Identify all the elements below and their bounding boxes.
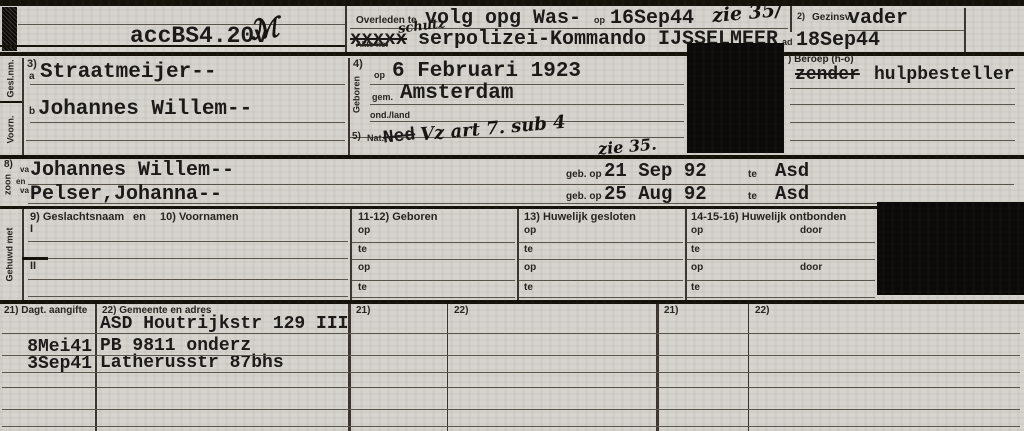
voorn-side-label: Voorn. (7, 100, 16, 160)
rule-line (28, 296, 348, 297)
te-label: te (524, 283, 533, 293)
rule-line (790, 104, 1015, 105)
te-label: te (748, 170, 757, 180)
va-label-2: va (20, 187, 29, 195)
rule-line (28, 279, 348, 280)
paraaf-scribble: ℳ (248, 14, 280, 45)
overleden-note-handwriting: zie 35/ (711, 1, 782, 26)
scan-top-edge (0, 0, 1024, 6)
mother-place-value: Asd (775, 185, 809, 204)
te-label: te (691, 245, 700, 255)
rule-line (28, 203, 1014, 204)
col22-header: 22) (454, 306, 468, 316)
divider (22, 209, 24, 300)
divider (95, 304, 97, 431)
op-label: op (691, 263, 703, 273)
marriage-row2-label: II (30, 261, 36, 272)
overleden-value: volg opg Was- (425, 9, 581, 29)
rule-line (30, 84, 345, 85)
op-label: op (691, 226, 703, 236)
door-label: door (800, 226, 822, 236)
gehuwd-met-side-label: Gehuwd met (6, 220, 15, 290)
rule-line (352, 297, 515, 298)
geb-op-label-2: geb. op (566, 192, 602, 202)
b-label: b (29, 107, 35, 117)
nat-struck-value: Ned (382, 126, 416, 147)
section-num-3: 3) (27, 59, 37, 70)
birth-municipality-value: Amsterdam (400, 83, 513, 104)
divider (790, 6, 792, 32)
beroep-struck-value: zender (795, 66, 860, 84)
dagt-header: 21) Dagt. aangifte (4, 306, 87, 316)
names-header-en: en (133, 212, 146, 223)
rule-line (2, 355, 1020, 356)
rule-line (352, 242, 515, 243)
gezinsv-num: 2) (797, 12, 805, 21)
divider (964, 8, 966, 52)
va-label: va (20, 166, 29, 174)
divider (447, 304, 448, 431)
given-names-value: Johannes Willem-- (38, 99, 252, 120)
te-label: te (358, 245, 367, 255)
rule-line (352, 259, 515, 260)
father-birth-value: 21 Sep 92 (604, 162, 707, 181)
rule-line (2, 409, 1020, 410)
rule-line (687, 259, 875, 260)
divider (685, 209, 687, 300)
rule-line (370, 104, 684, 105)
col22-header-2: 22) (755, 306, 769, 316)
persoonskaart-scan: accBS4.20v ℳ Overleden te volg opg Was- … (0, 0, 1024, 431)
rule-line (519, 242, 683, 243)
a-label: a (29, 72, 35, 82)
rule-line (2, 387, 1020, 388)
op-label: op (524, 226, 536, 236)
section-border (0, 52, 1024, 56)
divider (656, 304, 659, 431)
col21-header: 21) (356, 306, 370, 316)
op-label: op (594, 16, 605, 25)
rule-line (352, 280, 515, 281)
names-header: 9) Geslachtsnaam (30, 212, 124, 223)
rule-line (30, 122, 345, 123)
te-label: te (358, 283, 367, 293)
gem-label: gem. (372, 93, 393, 102)
rule-line (848, 30, 966, 31)
beroep-value: hulpbesteller (874, 66, 1014, 84)
surname-value: Straatmeijer-- (40, 62, 216, 83)
zoon-side-label: zoon (4, 165, 13, 205)
op-label: op (358, 263, 370, 273)
dissolved-header: 14-15-16) Huwelijk ontbonden (691, 212, 846, 223)
rule-line (687, 280, 875, 281)
section-border (0, 300, 1024, 304)
overleden-date: 16Sep44 (610, 9, 694, 29)
redaction-box-2 (877, 202, 1024, 295)
father-place-value: Asd (775, 162, 809, 181)
en-label: en (16, 178, 25, 186)
rule-line (26, 140, 345, 141)
date-entry: 3Sep41 (2, 355, 92, 373)
rule-line (2, 333, 1020, 334)
rule-line (28, 241, 348, 242)
geboren-side-label: Geboren (353, 65, 362, 125)
akte-label: Akte-no. (356, 41, 388, 49)
address-entry: Latherusstr 87bhs (100, 354, 284, 372)
rule-line (519, 280, 683, 281)
rule-line (790, 140, 1015, 141)
marriage-row1-label: I (30, 224, 33, 235)
rule-line (519, 297, 683, 298)
divider (22, 58, 24, 155)
divider (348, 58, 350, 155)
rule-line (687, 242, 875, 243)
nat-label: Nat. (367, 134, 384, 143)
mother-birth-value: 25 Aug 92 (604, 185, 707, 204)
te-label: te (524, 245, 533, 255)
gezinsv-value: vader (848, 9, 908, 29)
father-name-value: Johannes Willem-- (30, 161, 234, 181)
geb-op-label: geb. op (566, 170, 602, 180)
redaction-box-1 (687, 43, 784, 153)
address-entry: ASD Houtrijkstr 129 III (100, 315, 348, 333)
divider (748, 304, 749, 431)
col21-header-2: 21) (664, 306, 678, 316)
ond-land-label: ond./land (370, 111, 410, 120)
mother-name-value: Pelser,Johanna-- (30, 185, 222, 205)
section-border (0, 206, 1024, 209)
birth-date-value: 6 Februari 1923 (392, 61, 581, 82)
te-label-2: te (748, 192, 757, 202)
op-label: op (524, 263, 536, 273)
divider (517, 209, 519, 300)
rule-line (2, 426, 1020, 427)
op-label: op (374, 71, 385, 80)
rule-line (790, 88, 1015, 89)
te-label: te (691, 283, 700, 293)
divider (345, 6, 347, 52)
op-label: op (358, 226, 370, 236)
rule-line (790, 122, 1015, 123)
married-header: 13) Huwelijk gesloten (524, 212, 636, 223)
beroep-label: ) Beroep (h-o) (788, 55, 854, 65)
border (0, 45, 345, 47)
door-label: door (800, 263, 822, 273)
akte-date: 18Sep44 (796, 31, 880, 51)
rule-line (2, 372, 1020, 373)
divider (350, 209, 352, 300)
rule-line (519, 259, 683, 260)
rule-line (687, 297, 875, 298)
nat-num: 5) (352, 132, 361, 142)
names-header-voornamen: 10) Voornamen (160, 212, 239, 223)
rule-line (48, 258, 348, 259)
born-header: 11-12) Geboren (358, 212, 437, 223)
gezinsv-label: Gezinsv. (812, 13, 852, 23)
nat-handwriting: Vz art 7. sub 4 (419, 114, 566, 145)
